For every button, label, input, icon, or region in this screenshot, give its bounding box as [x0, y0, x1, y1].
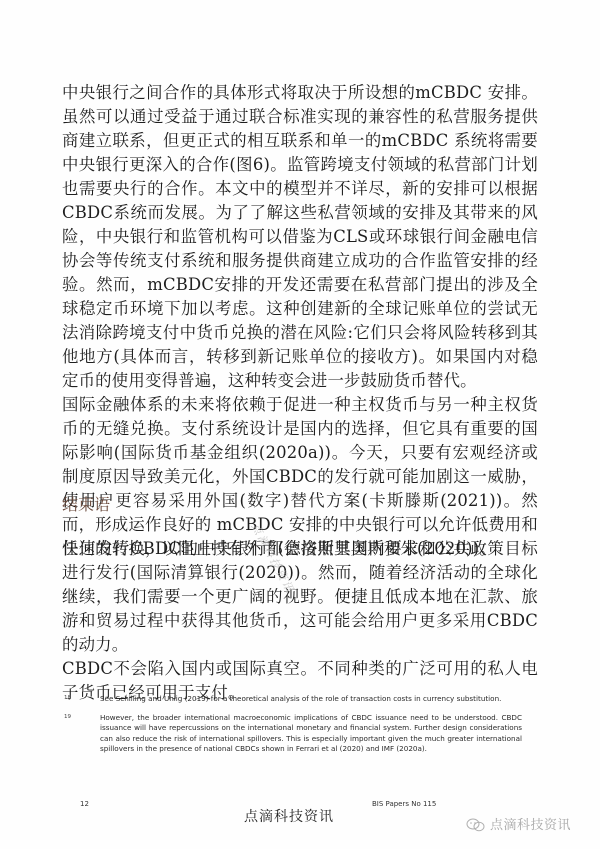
body-text-bottom: 任何发行CBDC的中央银行都会按照其国内要求和公共政策目标进行发行(国际清算银行…	[62, 537, 538, 705]
footnote-19: 19 However, the broader international ma…	[62, 713, 522, 755]
footnote-text: However, the broader international macro…	[100, 713, 522, 755]
wechat-watermark: 点滴科技资讯	[466, 814, 571, 833]
wechat-icon	[466, 817, 486, 831]
page-number: 12	[80, 800, 89, 808]
footnote-text: See Schilling and Uhlig (2019) for a the…	[100, 694, 522, 705]
footnote-18: 18 See Schilling and Uhlig (2019) for a …	[62, 694, 522, 705]
footnotes: 18 See Schilling and Uhlig (2019) for a …	[62, 694, 522, 763]
footnote-number: 19	[62, 713, 100, 755]
section-heading-conclusion: 结束语	[62, 494, 110, 516]
document-page: 中央银行之间合作的具体形式将取决于所设想的mCBDC 安排。虽然可以通过受益于通…	[0, 0, 600, 849]
paragraph-future-system: 国际金融体系的未来将依赖于促进一种主权货币与另一种主权货币的无缝兑换。支付系统设…	[62, 393, 538, 561]
series-label: BIS Papers No 115	[372, 800, 436, 808]
footer-brand: 点滴科技资讯	[244, 806, 334, 826]
footnote-number: 18	[62, 694, 100, 705]
body-text-top: 中央银行之间合作的具体形式将取决于所设想的mCBDC 安排。虽然可以通过受益于通…	[62, 81, 538, 561]
paragraph-cooperation: 中央银行之间合作的具体形式将取决于所设想的mCBDC 安排。虽然可以通过受益于通…	[62, 81, 538, 393]
wechat-account-name: 点滴科技资讯	[490, 814, 571, 833]
paragraph-issuance: 任何发行CBDC的中央银行都会按照其国内要求和公共政策目标进行发行(国际清算银行…	[62, 537, 538, 657]
